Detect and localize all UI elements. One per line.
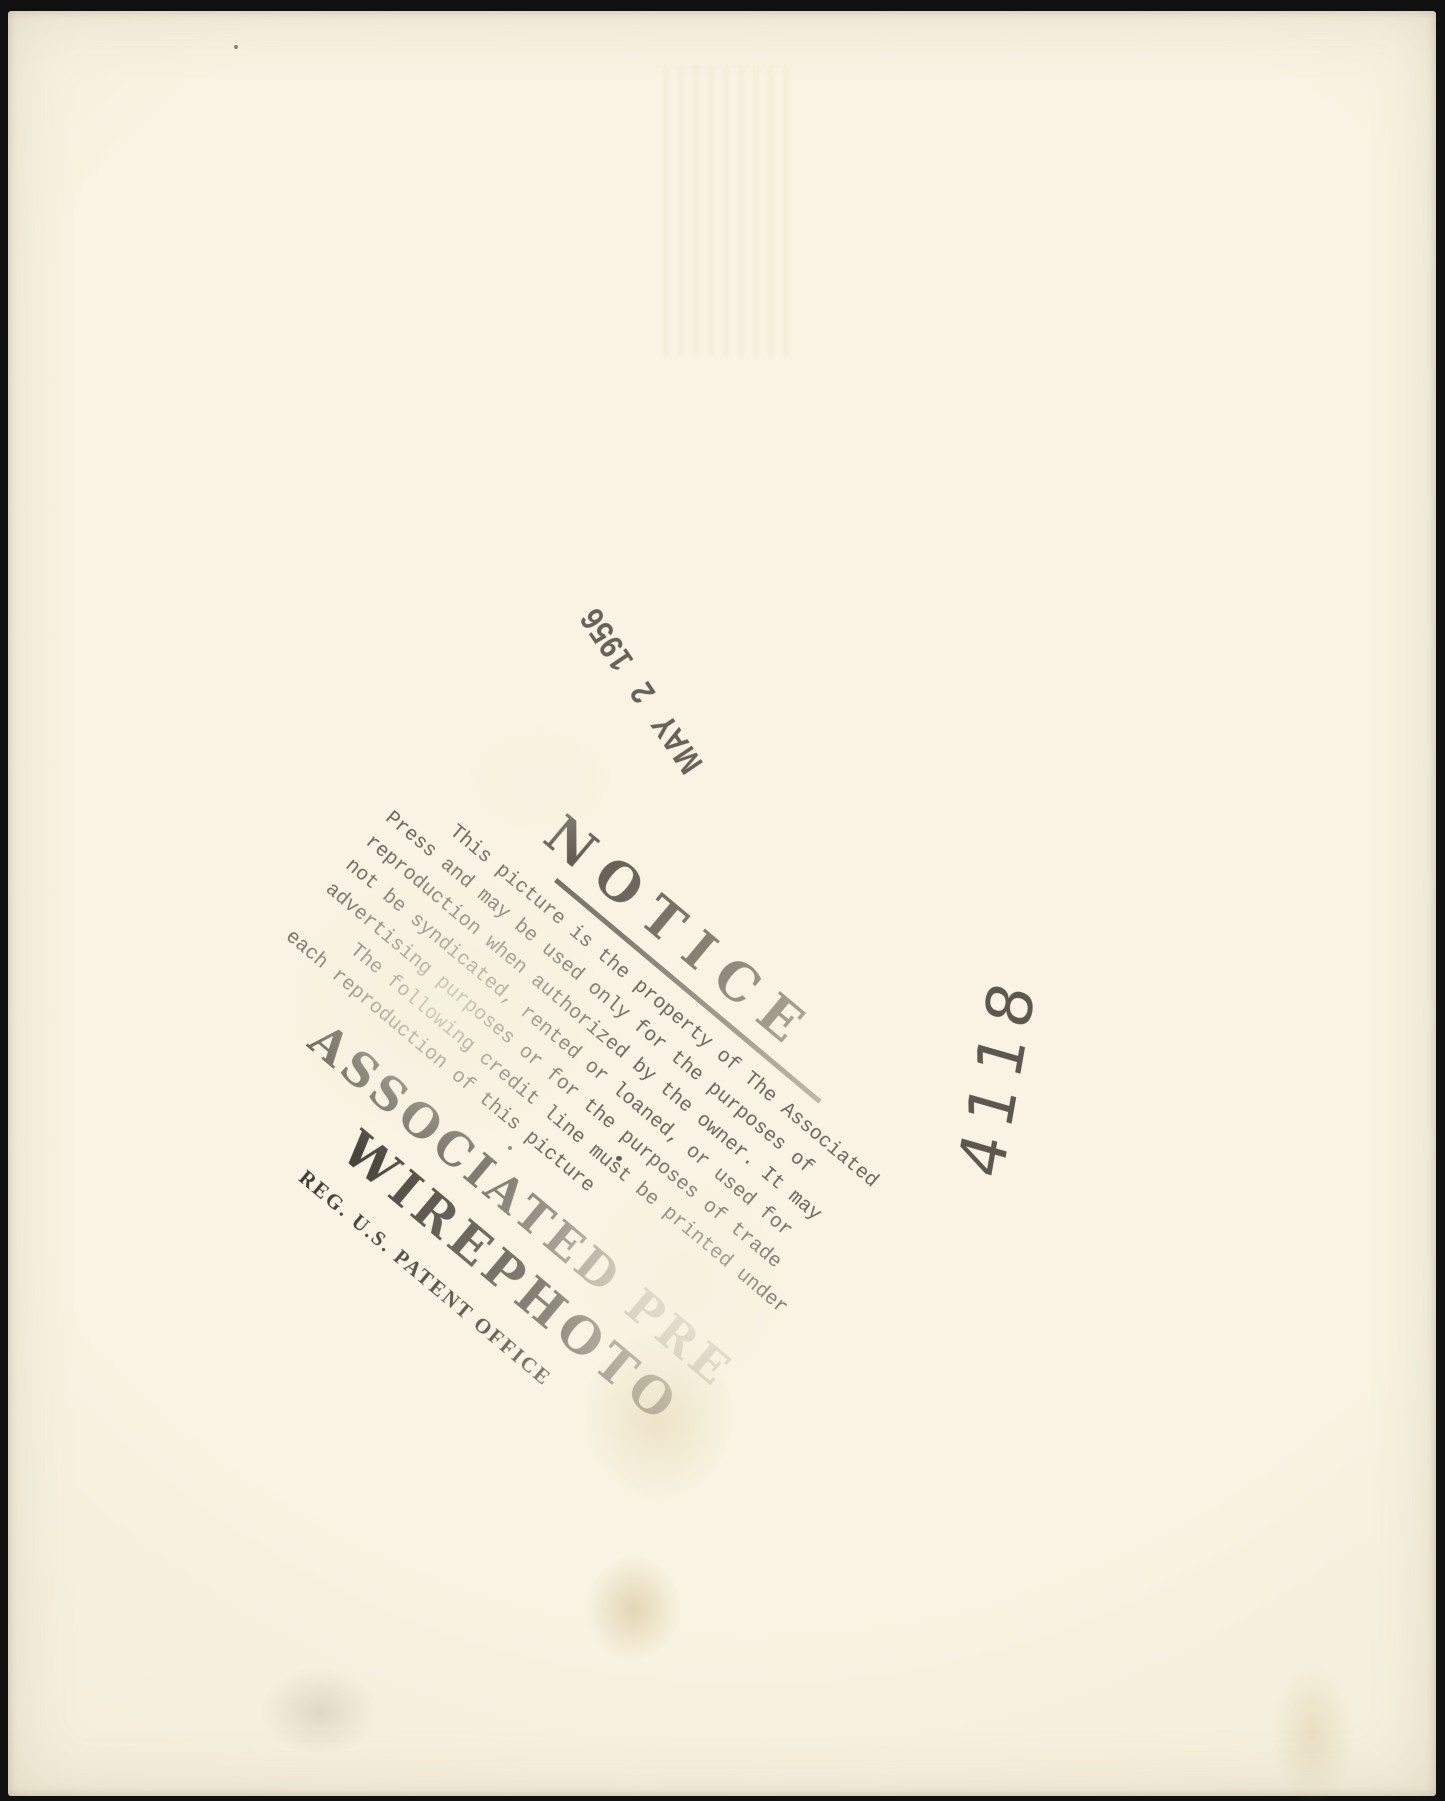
paper-stain (586, 1556, 681, 1661)
paper-stain (1270, 1661, 1355, 1801)
scan-background: MAY 2 1956 NOTICE This picture is the pr… (0, 0, 1445, 1801)
ink-speck (234, 45, 238, 49)
paper-texture-streaks (663, 66, 793, 356)
paper-stain (260, 1666, 380, 1756)
